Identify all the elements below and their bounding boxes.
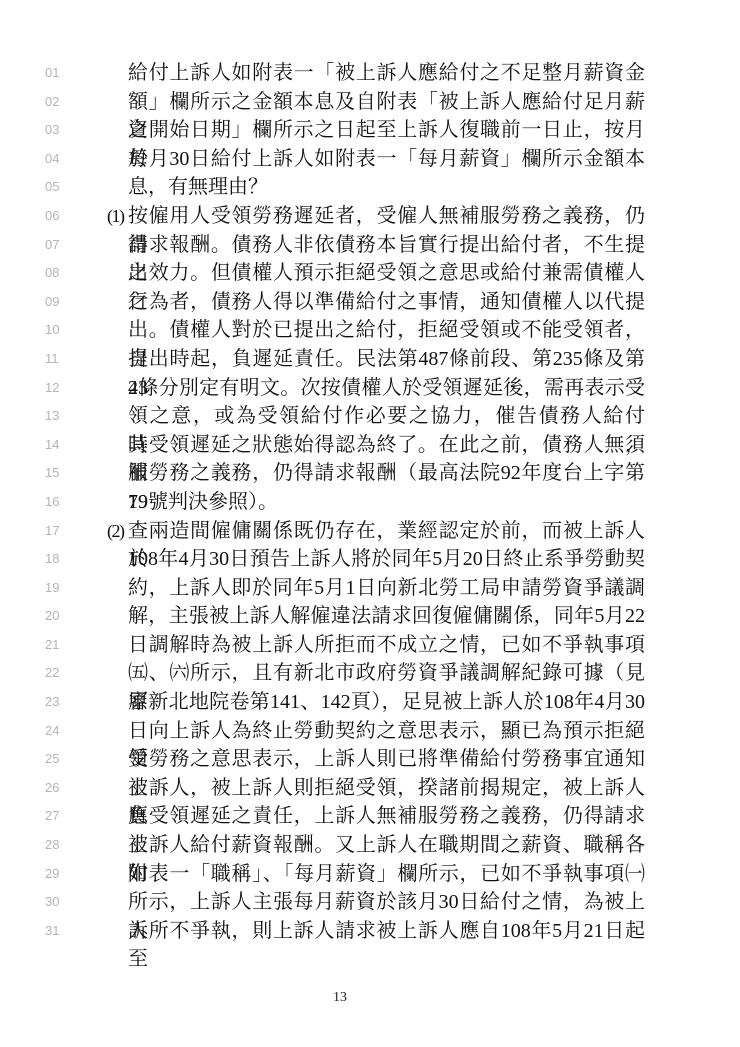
line-text: 日調解時為被上訴人所拒而不成立之情，已如不爭執事項 [128, 631, 645, 660]
line-number: 16 [45, 488, 63, 517]
line-number: 25 [45, 745, 63, 774]
text-line: 19約，上訴人即於同年5月1日向新北勞工局申請勞資爭議調 [0, 574, 645, 603]
line-number: 15 [45, 459, 63, 488]
line-number: 27 [45, 802, 63, 831]
text-line: 13領之意，或為受領給付作必要之協力，催告債務人給付時， [0, 402, 645, 431]
text-line: 31人所不爭執，則上訴人請求被上訴人應自108年5月21日起至 [0, 917, 645, 946]
page-number: 13 [333, 990, 347, 1006]
line-text: 行為者，債務人得以準備給付之事情，通知債權人以代提 [128, 288, 645, 317]
text-line: 21日調解時為被上訴人所拒而不成立之情，已如不爭執事項 [0, 631, 645, 660]
line-number: 11 [45, 345, 63, 374]
line-number: 21 [45, 631, 63, 660]
line-number: 24 [45, 717, 63, 746]
text-line: 29附表一「職稱」、「每月薪資」欄所示，已如不爭執事項㈠ [0, 860, 645, 889]
text-line: 08之效力。但債權人預示拒絕受領之意思或給付兼需債權人之 [0, 259, 645, 288]
text-line: 25領勞務之意思表示，上訴人則已將準備給付勞務事宜通知被 [0, 745, 645, 774]
text-line: 04每月30日給付上訴人如附表一「每月薪資」欄所示金額本 [0, 145, 645, 174]
list-item-marker: (2) [107, 517, 128, 546]
line-text: 給付上訴人如附表一「被上訴人應給付之不足整月薪資金 [128, 59, 645, 88]
text-line: 24日向上訴人為終止勞動契約之意思表示，顯已為預示拒絕受 [0, 717, 645, 746]
list-item-marker: (1) [107, 202, 128, 231]
text-line: 02額」欄所示之金額本息及自附表「被上訴人應給付足月薪資 [0, 88, 645, 117]
line-text: 約，上訴人即於同年5月1日向新北勞工局申請勞資爭議調 [128, 574, 645, 603]
line-number: 06 [45, 202, 63, 231]
line-number: 30 [45, 888, 63, 917]
line-text: 附表一「職稱」、「每月薪資」欄所示，已如不爭執事項㈠ [128, 860, 645, 889]
text-line: 17(2)查兩造間僱傭關係既仍存在，業經認定於前，而被上訴人於 [0, 517, 645, 546]
line-number: 31 [45, 917, 63, 946]
line-text: 息，有無理由？ [128, 173, 645, 202]
text-line: 06(1)按僱用人受領勞務遲延者，受僱人無補服勞務之義務，仍得 [0, 202, 645, 231]
line-text: 79號判決參照）。 [128, 488, 645, 517]
line-number: 29 [45, 860, 63, 889]
judgment-body: 01給付上訴人如附表一「被上訴人應給付之不足整月薪資金02額」欄所示之金額本息及… [0, 59, 645, 945]
text-line: 27負受領遲延之責任，上訴人無補服勞務之義務，仍得請求被 [0, 802, 645, 831]
text-line: 10出。債權人對於已提出之給付，拒絕受領或不能受領者，自 [0, 316, 645, 345]
line-text: 4條分別定有明文。次按債權人於受領遲延後，需再表示受 [128, 374, 645, 403]
line-number: 08 [45, 259, 63, 288]
line-text: 人所不爭執，則上訴人請求被上訴人應自108年5月21日起至 [128, 917, 645, 974]
line-number: 19 [45, 574, 63, 603]
judgment-page: 01給付上訴人如附表一「被上訴人應給付之不足整月薪資金02額」欄所示之金額本息及… [0, 0, 740, 1047]
line-number: 26 [45, 774, 63, 803]
line-number: 17 [45, 517, 63, 546]
line-number: 14 [45, 431, 63, 460]
text-line: 03之開始日期」欄所示之日起至上訴人復職前一日止，按月於 [0, 116, 645, 145]
line-number: 09 [45, 288, 63, 317]
text-line: 07請求報酬。債務人非依債務本旨實行提出給付者，不生提出 [0, 231, 645, 260]
text-line: 09行為者，債務人得以準備給付之事情，通知債權人以代提 [0, 288, 645, 317]
line-number: 23 [45, 688, 63, 717]
line-number: 18 [45, 545, 63, 574]
text-line: 28上訴人給付薪資報酬。又上訴人在職期間之薪資、職稱各如 [0, 831, 645, 860]
line-number: 05 [45, 173, 63, 202]
line-text: 審新北地院卷第141、142頁），足見被上訴人於108年4月30 [128, 688, 645, 717]
text-line: 20解，主張被上訴人解僱違法請求回復僱傭關係，同年5月22 [0, 602, 645, 631]
text-line: 30所示，上訴人主張每月薪資於該月30日給付之情，為被上訴 [0, 888, 645, 917]
line-number: 28 [45, 831, 63, 860]
line-number: 20 [45, 602, 63, 631]
text-line: 1679號判決參照）。 [0, 488, 645, 517]
line-number: 03 [45, 116, 63, 145]
line-number: 04 [45, 145, 63, 174]
text-line: 22㈤、㈥所示，且有新北市政府勞資爭議調解紀錄可據（見原 [0, 659, 645, 688]
line-number: 13 [45, 402, 63, 431]
text-line: 23審新北地院卷第141、142頁），足見被上訴人於108年4月30 [0, 688, 645, 717]
line-text: 每月30日給付上訴人如附表一「每月薪資」欄所示金額本 [128, 145, 645, 174]
text-line: 124條分別定有明文。次按債權人於受領遲延後，需再表示受 [0, 374, 645, 403]
line-number: 10 [45, 316, 63, 345]
line-number: 12 [45, 374, 63, 403]
line-number: 07 [45, 231, 63, 260]
text-line: 14其受領遲延之狀態始得認為終了。在此之前，債務人無須補 [0, 431, 645, 460]
line-number: 01 [45, 59, 63, 88]
line-number: 22 [45, 659, 63, 688]
text-line: 05息，有無理由？ [0, 173, 645, 202]
line-text: 解，主張被上訴人解僱違法請求回復僱傭關係，同年5月22 [128, 602, 645, 631]
text-line: 01給付上訴人如附表一「被上訴人應給付之不足整月薪資金 [0, 59, 645, 88]
text-line: 18108年4月30日預告上訴人將於同年5月20日終止系爭勞動契 [0, 545, 645, 574]
line-text: 108年4月30日預告上訴人將於同年5月20日終止系爭勞動契 [128, 545, 645, 574]
text-line: 26上訴人，被上訴人則拒絕受領，揆諸前揭規定，被上訴人應 [0, 774, 645, 803]
line-number: 02 [45, 88, 63, 117]
text-line: 15服勞務之義務，仍得請求報酬（最高法院92年度台上字第19 [0, 459, 645, 488]
text-line: 11提出時起，負遲延責任。民法第487條前段、第235條及第23 [0, 345, 645, 374]
